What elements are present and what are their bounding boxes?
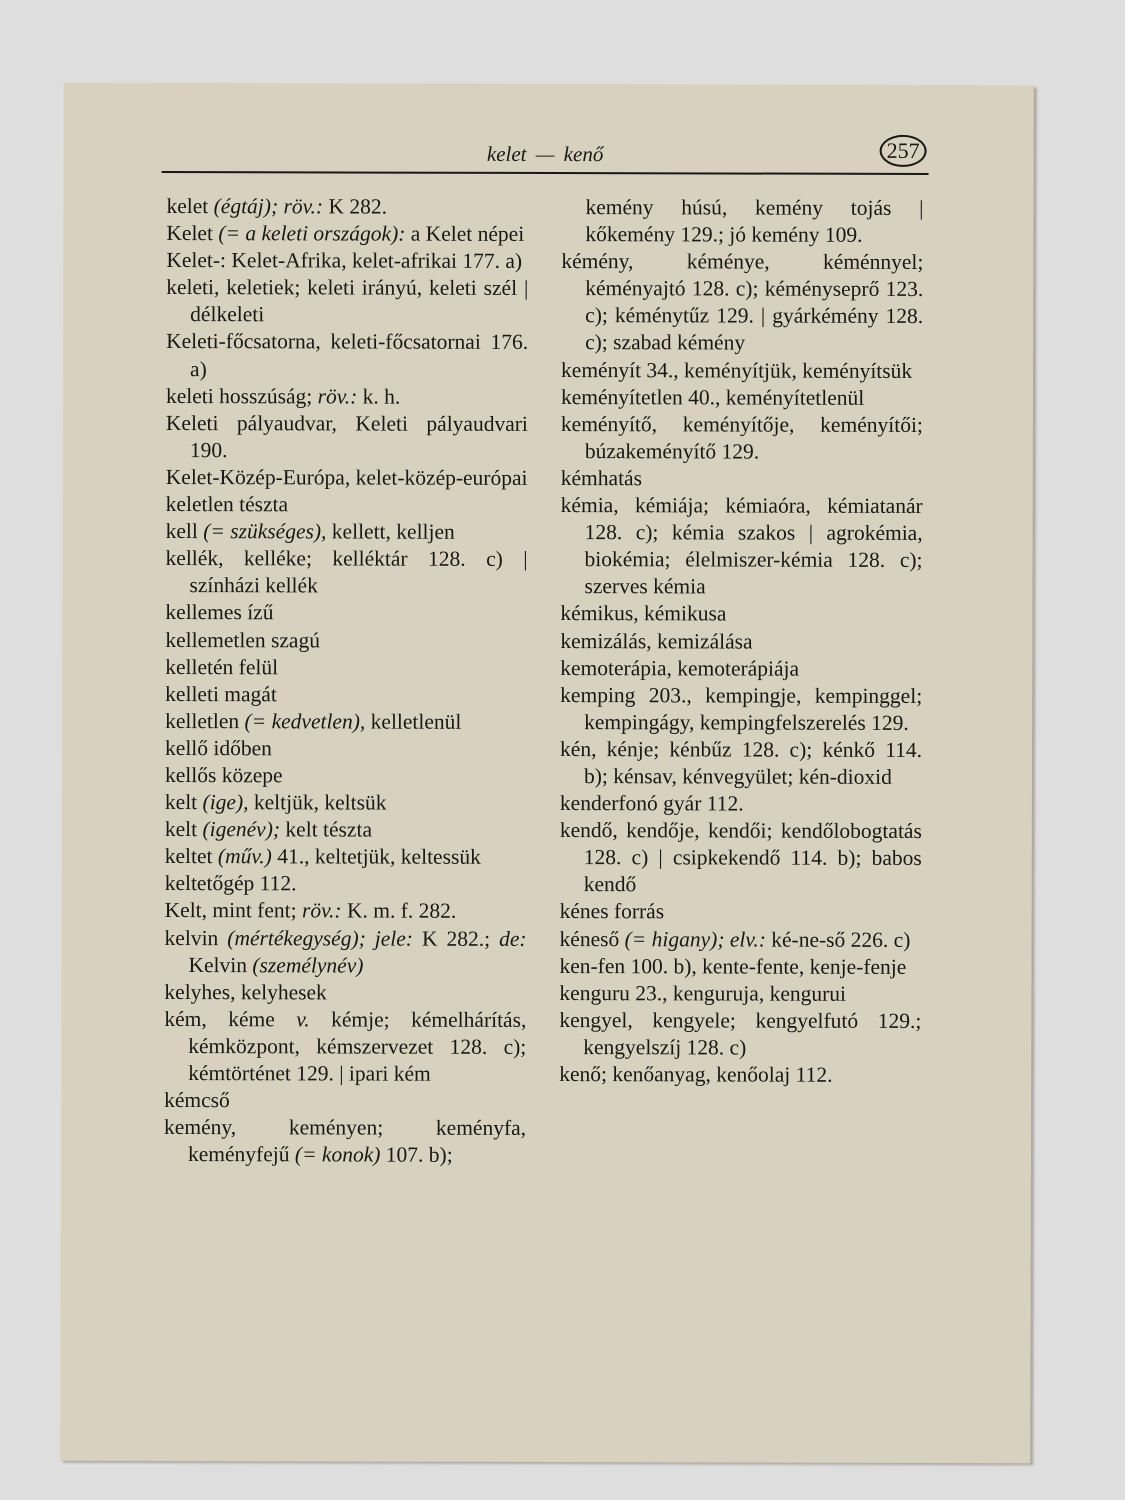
entry-text: keleti, keletiek; keleti irányú, keleti … — [166, 275, 528, 326]
entry-text: 107. b); — [380, 1143, 452, 1167]
dictionary-entry: kén, kénje; kénbűz 128. c); kénkő 114. b… — [560, 736, 922, 791]
entry-text: Keleti pályaudvar, Keleti pályaudvari 19… — [166, 411, 528, 462]
entry-text: kelet — [166, 194, 213, 218]
dictionary-columns: kelet (égtáj); röv.: K 282.Kelet (= a ke… — [167, 193, 927, 195]
dictionary-entry: kelletlen (= kedvetlen), kelletlenül — [165, 708, 527, 736]
dictionary-entry: kelet (égtáj); röv.: K 282. — [166, 193, 528, 221]
entry-text: kellemes ízű — [165, 600, 273, 624]
entry-text: K. m. f. 282. — [342, 899, 457, 923]
entry-text: kengyel, kengyele; kengyelfutó 129.; ken… — [559, 1008, 921, 1060]
dictionary-entry: kenderfonó gyár 112. — [560, 790, 922, 818]
dictionary-entry: kemény, keményen; keményfa, keményfejű (… — [164, 1114, 526, 1169]
entry-text: keményítő, keményítője, keményítői; búza… — [561, 412, 923, 464]
dictionary-entry: Keleti-főcsatorna, keleti-főcsatornai 17… — [166, 328, 528, 383]
dictionary-entry: kell (= szükséges), kellett, kelljen — [166, 518, 528, 546]
entry-text: kenguru 23., kenguruja, kengurui — [559, 981, 846, 1006]
entry-text: a Kelet népei — [405, 222, 524, 246]
entry-text: kellős közepe — [165, 763, 283, 787]
dictionary-entry: keltetőgép 112. — [165, 870, 527, 898]
entry-text: kelvin — [165, 926, 228, 950]
entry-text: kellett, kelljen — [326, 520, 454, 544]
dictionary-entry: kemping 203., kempingje, kempinggel; kem… — [560, 682, 922, 737]
entry-italic-text: (= konok) — [295, 1143, 381, 1167]
entry-text: Kelet-: Kelet-Afrika, kelet-afrikai 177.… — [166, 248, 522, 273]
dictionary-entry: kemoterápia, kemoterápiája — [560, 655, 922, 683]
entry-text: kenderfonó gyár 112. — [560, 791, 744, 815]
entry-text: kelleti magát — [165, 682, 277, 706]
dictionary-entry: kendő, kendője, kendői; kendőlobogtatás … — [560, 817, 922, 899]
entry-text: kelt — [165, 817, 203, 841]
entry-italic-text: v. — [296, 1007, 309, 1031]
entry-text: kelletlenül — [365, 709, 461, 733]
entry-text: ken-fen 100. b), kente-fente, kenje-fenj… — [559, 954, 906, 979]
left-column: kelet (égtáj); röv.: K 282.Kelet (= a ke… — [164, 193, 529, 1169]
entry-text: kemping 203., kempingje, kempinggel; kem… — [560, 683, 922, 735]
entry-text: kémény, kéménye, kéménnyel; kéményajtó 1… — [561, 249, 923, 355]
entry-text: kelyhes, kelyhesek — [164, 980, 326, 1004]
dictionary-entry: kellős közepe — [165, 762, 527, 790]
entry-text: Kelet-Közép-Európa, kelet-közép-európai — [166, 465, 528, 490]
dictionary-entry: kemizálás, kemizálása — [560, 628, 922, 656]
dictionary-entry: keleti, keletiek; keleti irányú, keleti … — [166, 274, 528, 329]
entry-text: kelletén felül — [165, 655, 278, 679]
entry-text: kemoterápia, kemoterápiája — [560, 656, 799, 681]
entry-italic-text: (személynév) — [252, 953, 363, 977]
entry-italic-text: (igenév); — [202, 817, 280, 841]
page-header: kelet — kenő 257 — [162, 135, 929, 175]
entry-text: kémhatás — [561, 466, 642, 490]
entry-text: keltet — [165, 844, 218, 868]
entry-text: kémia, kémiája; kémiaóra, kémiatanár 128… — [561, 493, 923, 599]
dictionary-entry: kelleti magát — [165, 681, 527, 709]
entry-text: Keleti-főcsatorna, keleti-főcsatornai 17… — [166, 329, 528, 380]
entry-italic-text: (= a keleti országok): — [218, 221, 405, 245]
dictionary-entry: Kelet-Közép-Európa, kelet-közép-európai — [166, 464, 528, 492]
right-column: kemény húsú, kemény tojás | kőkemény 129… — [559, 194, 923, 1089]
entry-text: kellő időben — [165, 736, 272, 760]
dictionary-entry: kémcső — [164, 1087, 526, 1115]
entry-italic-text: (ige), — [203, 790, 249, 814]
dictionary-entry: kelletén felül — [165, 654, 527, 682]
dictionary-entry: Kelt, mint fent; röv.: K. m. f. 282. — [165, 897, 527, 925]
dictionary-page: kelet — kenő 257 kelet (égtáj); röv.: K … — [60, 83, 1034, 1464]
dictionary-entry: keményítetlen 40., keményítetlenül — [561, 384, 923, 412]
entry-text: kémcső — [164, 1088, 230, 1112]
entry-text: keltetőgép 112. — [165, 871, 297, 895]
entry-italic-text: röv.: — [318, 384, 358, 408]
dictionary-entry: kellemes ízű — [165, 599, 527, 627]
entry-text: keleti hosszúság; — [166, 384, 318, 408]
entry-text: kendő, kendője, kendői; kendőlobogtatás … — [560, 818, 922, 896]
entry-italic-text: de: — [499, 926, 527, 950]
dictionary-entry: keményít 34., keményítjük, keményítsük — [561, 357, 923, 385]
entry-text: kém, kéme — [164, 1007, 296, 1031]
dictionary-entry: kelt (igenév); kelt tészta — [165, 816, 527, 844]
dictionary-entry: kellemetlen szagú — [165, 627, 527, 655]
dictionary-entry: keményítő, keményítője, keményítői; búza… — [561, 411, 923, 466]
entry-text: Kelvin — [188, 953, 252, 977]
dictionary-entry: kém, kéme v. kémje; kémelhárítás, kémköz… — [164, 1006, 526, 1088]
dictionary-entry: kelyhes, kelyhesek — [164, 979, 526, 1007]
entry-italic-text: (= kedvetlen), — [245, 709, 366, 733]
entry-text: kell — [166, 519, 204, 543]
dictionary-entry: kémia, kémiája; kémiaóra, kémiatanár 128… — [560, 492, 922, 601]
entry-text: kén, kénje; kénbűz 128. c); kénkő 114. b… — [560, 737, 922, 789]
entry-italic-text: (műv.) — [218, 844, 272, 868]
entry-text: keletlen tészta — [166, 492, 288, 516]
dictionary-entry: keltet (műv.) 41., keltetjük, keltessük — [165, 843, 527, 871]
dictionary-entry: kellék, kelléke; kelléktár 128. c) | szí… — [165, 545, 527, 600]
dictionary-entry: keleti hosszúság; röv.: k. h. — [166, 383, 528, 411]
dictionary-entry: kéneső (= higany); elv.: ké-ne-ső 226. c… — [560, 926, 922, 954]
entry-italic-text: (= higany); elv.: — [625, 927, 766, 951]
entry-text: K 282.; — [413, 926, 499, 950]
entry-text: k. h. — [357, 384, 400, 408]
dictionary-entry: kémhatás — [561, 465, 923, 493]
entry-text: kéneső — [560, 927, 625, 951]
dictionary-entry: ken-fen 100. b), kente-fente, kenje-fenj… — [559, 953, 921, 981]
entry-text: keltjük, keltsük — [248, 790, 386, 814]
entry-italic-text: röv.: — [302, 899, 342, 923]
dictionary-entry: kémény, kéménye, kéménnyel; kéményajtó 1… — [561, 248, 923, 357]
entry-text: kellemetlen szagú — [165, 628, 320, 652]
entry-italic-text: (mértékegység); jele: — [227, 926, 413, 950]
entry-text: K 282. — [323, 194, 387, 218]
entry-text: kelt — [165, 790, 203, 814]
entry-text: kémikus, kémikusa — [560, 601, 726, 625]
entry-text: kenő; kenőanyag, kenőolaj 112. — [559, 1062, 832, 1087]
entry-text: keményítetlen 40., keményítetlenül — [561, 385, 864, 410]
continued-entry: kemény húsú, kemény tojás | kőkemény 129… — [561, 194, 923, 249]
dictionary-entry: kenguru 23., kenguruja, kengurui — [559, 980, 921, 1008]
entry-text: kemizálás, kemizálása — [560, 629, 752, 654]
entry-italic-text: (égtáj); röv.: — [214, 194, 324, 218]
entry-italic-text: (= szükséges), — [203, 519, 326, 543]
dictionary-entry: Kelet-: Kelet-Afrika, kelet-afrikai 177.… — [166, 247, 528, 275]
entry-text: kellék, kelléke; kelléktár 128. c) | szí… — [166, 546, 528, 597]
dictionary-entry: kénes forrás — [560, 898, 922, 926]
page-number-circled: 257 — [880, 135, 927, 167]
dictionary-entry: kémikus, kémikusa — [560, 600, 922, 628]
entry-text: 41., keltetjük, keltessük — [272, 845, 481, 870]
dictionary-entry: kelt (ige), keltjük, keltsük — [165, 789, 527, 817]
running-title: kelet — kenő — [162, 141, 929, 168]
entry-text: kelletlen — [165, 709, 244, 733]
dictionary-entry: kengyel, kengyele; kengyelfutó 129.; ken… — [559, 1007, 921, 1062]
dictionary-entry: Kelet (= a keleti országok): a Kelet nép… — [166, 220, 528, 248]
dictionary-entry: kenő; kenőanyag, kenőolaj 112. — [559, 1061, 921, 1089]
entry-text: Kelt, mint fent; — [165, 898, 302, 922]
entry-text: ké-ne-ső 226. c) — [766, 927, 911, 951]
entry-text: kénes forrás — [560, 899, 665, 923]
dictionary-entry: keletlen tészta — [166, 491, 528, 519]
dictionary-entry: Keleti pályaudvar, Keleti pályaudvari 19… — [166, 410, 528, 465]
entry-text: Kelet — [166, 221, 218, 245]
entry-text: keményít 34., keményítjük, keményítsük — [561, 358, 912, 383]
dictionary-entry: kellő időben — [165, 735, 527, 763]
dictionary-entry: kelvin (mértékegység); jele: K 282.; de:… — [164, 925, 526, 980]
entry-text: kelt tészta — [280, 817, 372, 841]
